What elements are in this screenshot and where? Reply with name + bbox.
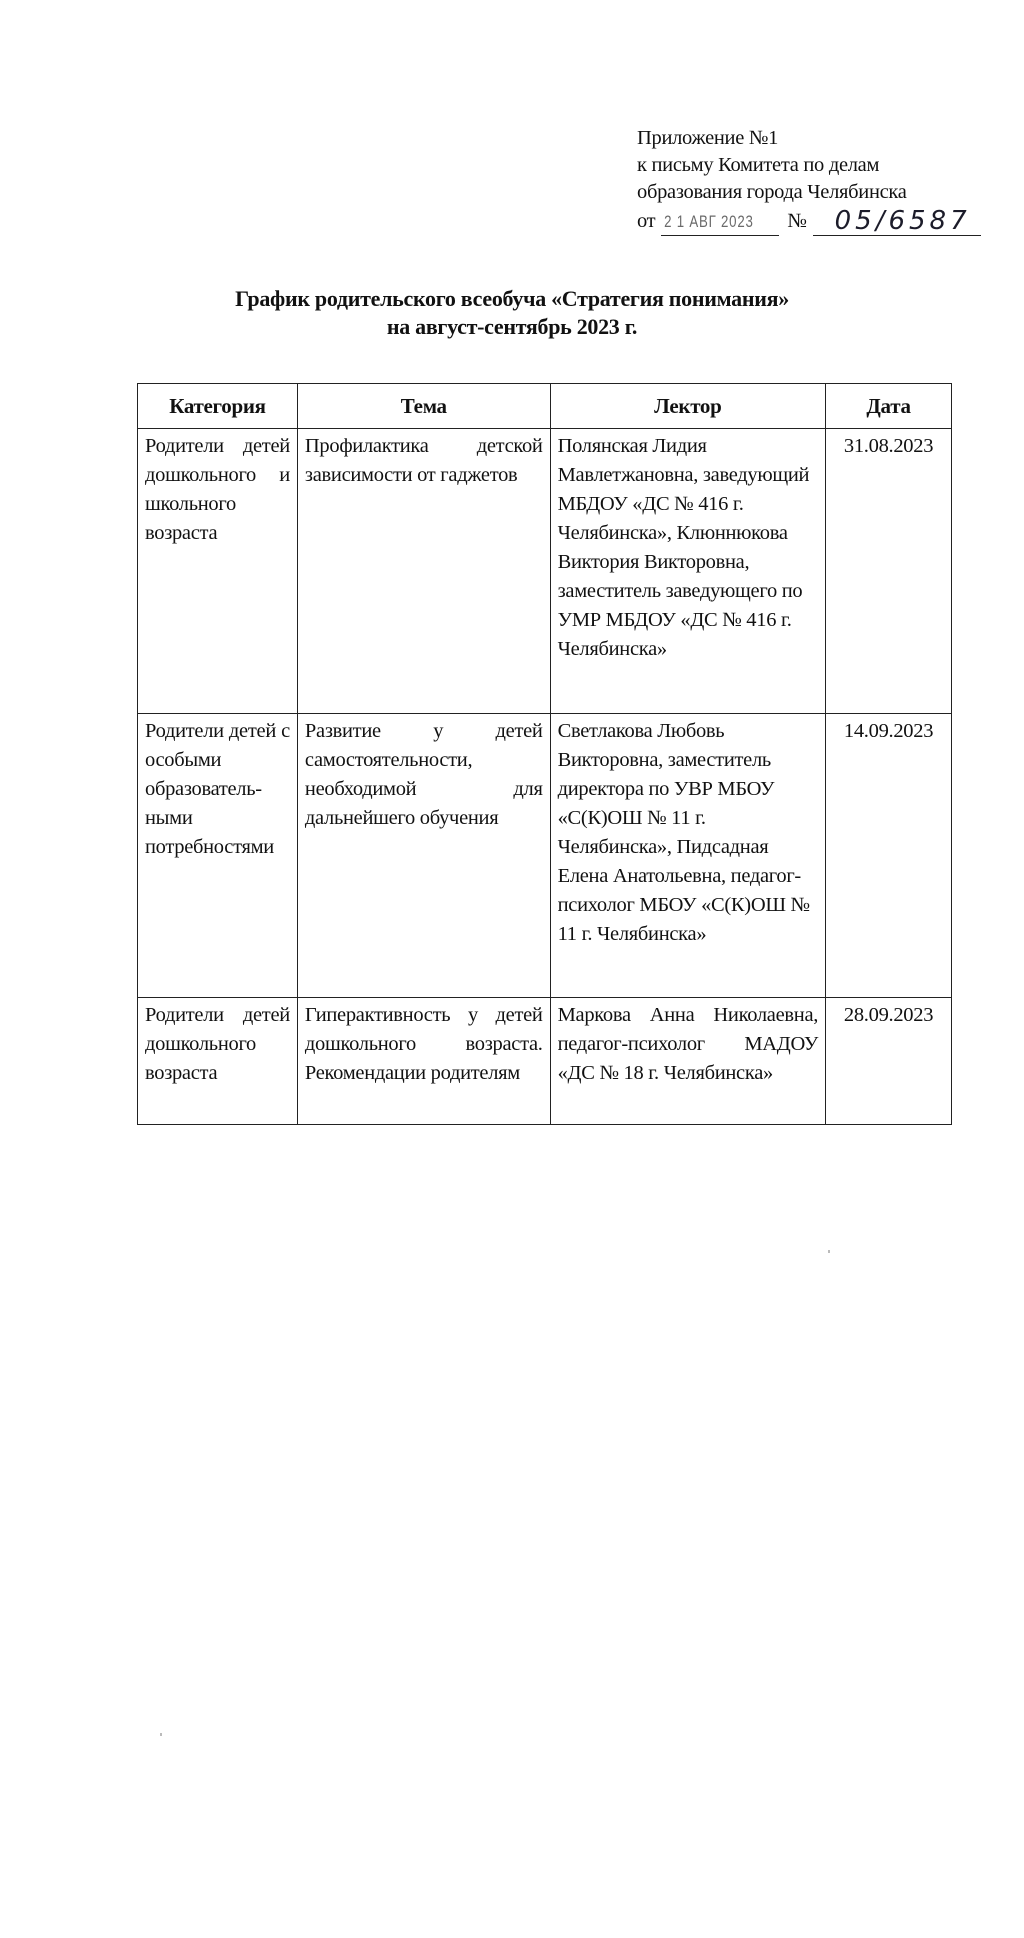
table-header-row: Категория Тема Лектор Дата [138,384,952,429]
cell-category: Родители детей с особыми образователь-ны… [138,714,298,998]
number-field: 05/6587 [813,206,981,236]
title-line-2: на август-сентябрь 2023 г. [0,313,1024,341]
cell-topic: Развитие у детей самостоятельности, необ… [297,714,550,998]
title-line-1: График родительского всеобуча «Стратегия… [0,285,1024,313]
table-row: Родители детей дошкольного и школьного в… [138,429,952,714]
table-row: Родители детей дошкольного возраста Гипе… [138,998,952,1125]
cell-lecturer: Светлакова Любовь Викторовна, заместител… [550,714,825,998]
cell-category: Родители детей дошкольного возраста [138,998,298,1125]
header-category: Категория [138,384,298,429]
document-title: График родительского всеобуча «Стратегия… [0,285,1024,341]
from-label: от [637,208,655,235]
table-row: Родители детей с особыми образователь-ны… [138,714,952,998]
appendix-header: Приложение №1 к письму Комитета по делам… [637,125,1007,236]
appendix-reference-line: от 2 1 АВГ 2023 № 05/6587 [637,206,1007,236]
stamp-date: 2 1 АВГ 2023 [661,208,781,235]
cell-lecturer: Маркова Анна Николаевна, педагог-психоло… [550,998,825,1125]
scan-speck [828,1250,830,1253]
date-field: 2 1 АВГ 2023 [661,208,779,236]
cell-date: 14.09.2023 [826,714,952,998]
cell-topic: Профилактика детской зависимости от гадж… [297,429,550,714]
number-label: № [787,208,806,235]
header-date: Дата [826,384,952,429]
scan-speck [160,1733,162,1736]
handwritten-number: 05/6587 [813,206,971,236]
appendix-title: Приложение №1 [637,125,1007,152]
appendix-letter-line: к письму Комитета по делам [637,152,1007,179]
cell-category: Родители детей дошкольного и школьного в… [138,429,298,714]
cell-date: 28.09.2023 [826,998,952,1125]
cell-topic: Гиперактивность у детей дошкольного возр… [297,998,550,1125]
header-lecturer: Лектор [550,384,825,429]
cell-date: 31.08.2023 [826,429,952,714]
appendix-committee-line: образования города Челябинска [637,179,1007,206]
cell-lecturer: Полянская Лидия Мавлетжановна, заведующи… [550,429,825,714]
header-topic: Тема [297,384,550,429]
schedule-table: Категория Тема Лектор Дата Родители дете… [137,383,952,1125]
